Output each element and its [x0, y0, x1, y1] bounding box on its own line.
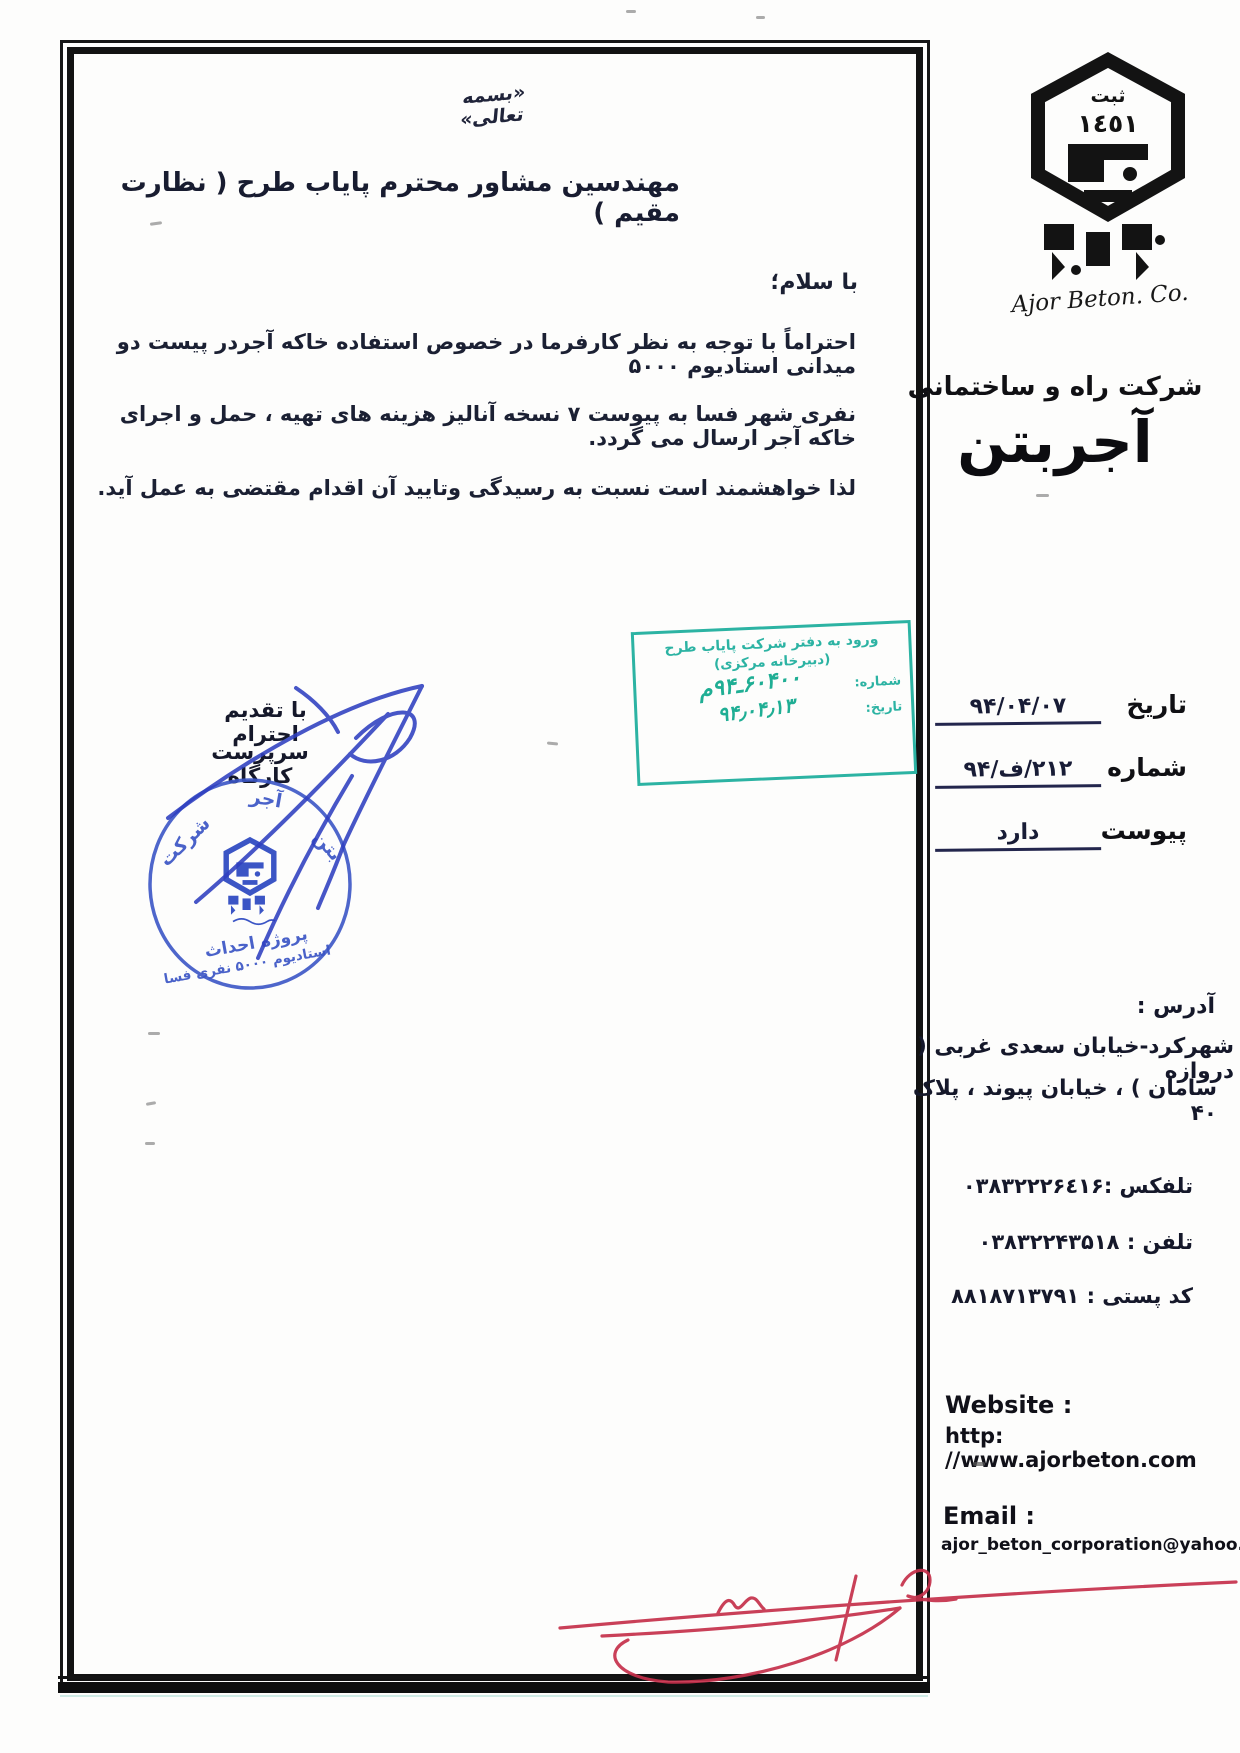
number-field-value: ۲۱۲/ف/۹۴ [935, 756, 1101, 789]
number-field-label: شماره [1107, 753, 1187, 782]
postal-code-value: ۸۸۱۸۷۱۳۷۹۱ [951, 1284, 1079, 1308]
scan-artifact [148, 1032, 160, 1035]
body-line-2: نفری شهر فسا به پیوست ۷ نسخه آنالیز هزین… [84, 402, 856, 450]
number-field-row: شماره ۲۱۲/ف/۹۴ [935, 753, 1187, 788]
date-field-label: تاریخ [1126, 690, 1187, 719]
date-field-row: تاریخ ۹۴/۰۴/۰۷ [935, 690, 1187, 725]
telefax-line: تلفکس :۰۳۸۳۲۲۲۶٤۱۶ [918, 1174, 1193, 1198]
closing-respect-text: با تقدیم احترام [193, 698, 338, 746]
scan-artifact [145, 1142, 155, 1145]
website-url: http: //www.ajorbeton.com [945, 1424, 1240, 1472]
seal-mini-emblem [226, 840, 275, 924]
phone-value: ۰۳۸۳۲۲۴۳۵۱۸ [979, 1230, 1120, 1254]
scan-artifact [756, 16, 765, 19]
frame-bottom-line [58, 1676, 930, 1679]
scan-artifact [626, 10, 636, 13]
logo-registration-number: ١٤٥١ [1077, 109, 1138, 138]
company-name-text: آجربتن [905, 408, 1205, 476]
company-logo-graphic: ثبت ١٤٥١ [1008, 52, 1208, 297]
telefax-value: ۰۳۸۳۲۲۲۶٤۱۶ [963, 1174, 1104, 1198]
frame-bottom-thick-line [58, 1682, 930, 1693]
received-stamp: ورود به دفتر شرکت پایاب طرح (دبیرخانه مر… [631, 620, 917, 786]
seal-top-text-1: شرکت [155, 812, 215, 871]
logo-registration-word: ثبت [1090, 85, 1125, 107]
email-label: Email : [943, 1502, 1035, 1530]
company-seal-graphic: شرکت آجر بتن پروژه احداث استادیوم ۵۰۰۰ ن… [143, 772, 357, 996]
attachment-field-label: پیوست [1101, 816, 1187, 845]
website-label: Website : [945, 1391, 1072, 1419]
date-field-value: ۹۴/۰۴/۰۷ [935, 693, 1101, 726]
scan-artifact [973, 1462, 985, 1466]
postal-code-label: کد پستی : [1087, 1284, 1193, 1308]
email-address: ajor_beton_corporation@yahoo.com [941, 1535, 1240, 1555]
letter-heading: مهندسین مشاور محترم پایاب طرح ( نظارت مق… [95, 168, 680, 228]
company-seal: شرکت آجر بتن پروژه احداث استادیوم ۵۰۰۰ ن… [143, 772, 357, 996]
address-label: آدرس : [1080, 994, 1215, 1019]
scan-edge-tint [60, 1695, 928, 1697]
attachment-field-value: دارد [935, 819, 1101, 852]
seal-top-text-3: بتن [309, 827, 347, 866]
seal-top-text-2: آجر [247, 783, 284, 812]
phone-line: تلفن : ۰۳۸۳۲۲۴۳۵۱۸ [918, 1230, 1193, 1254]
body-line-1: احتراماً با توجه به نظر کارفرما در خصوص … [84, 330, 856, 378]
address-line-2: سامان ) ، خیابان پیوند ، پلاک ۴۰ [912, 1076, 1217, 1126]
telefax-label: تلفکس : [1104, 1174, 1193, 1198]
received-stamp-date-label: تاریخ: [865, 699, 902, 716]
phone-label: تلفن : [1127, 1230, 1193, 1254]
body-line-3: لذا خواهشمند است نسبت به رسیدگی وتایید آ… [84, 476, 856, 500]
company-type-text: شرکت راه و ساختمانی [905, 372, 1205, 402]
scanned-letter-page: «بسمه تعالی» مهندسین مشاور محترم پایاب ط… [0, 0, 1240, 1753]
postal-code-line: کد پستی : ۸۸۱۸۷۱۳۷۹۱ [918, 1284, 1193, 1308]
attachment-field-row: پیوست دارد [935, 816, 1187, 851]
salutation-text: با سلام؛ [700, 270, 858, 295]
scan-artifact [1036, 494, 1049, 497]
company-logo: ثبت ١٤٥١ [1008, 52, 1208, 297]
